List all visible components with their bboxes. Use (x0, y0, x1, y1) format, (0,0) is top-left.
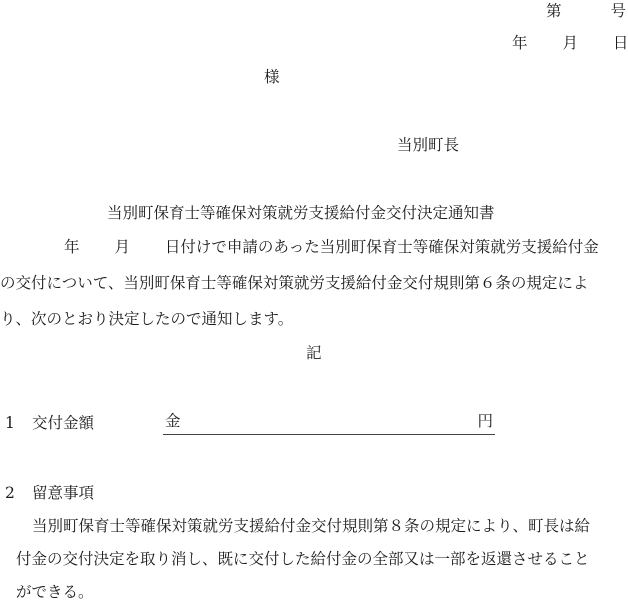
item-2-number: 2 (5, 486, 15, 502)
document-date: 年 月 日 (512, 36, 628, 52)
grant-amount-field[interactable]: 金 円 (163, 412, 495, 435)
ki-marker: 記 (306, 346, 322, 362)
number-suffix: 号 (610, 2, 626, 20)
recipient-honorific: 様 (264, 70, 280, 86)
body-year: 年 (64, 238, 80, 256)
item-2-text-line-2: 付金の交付決定を取り消し、既に交付した給付金の全部又は一部を返還させること (16, 552, 590, 568)
body-line-2: の交付について、当別町保育士等確保対策就労支援給付金交付規則第６条の規定によ (0, 276, 588, 292)
item-2-text-line-1: 当別町保育士等確保対策就労支援給付金交付規則第８条の規定により、町長は給 (32, 519, 590, 535)
document-number: 第 号 (546, 4, 626, 20)
amount-suffix: 円 (477, 414, 493, 430)
amount-prefix: 金 (165, 414, 181, 430)
item-1-number: 1 (5, 416, 15, 432)
document-title: 当別町保育士等確保対策就労支援給付金交付決定通知書 (107, 206, 495, 222)
number-prefix: 第 (546, 2, 562, 20)
body-line-1-text: 日付けで申請のあった当別町保育士等確保対策就労支援給付金 (165, 238, 599, 256)
date-month: 月 (562, 34, 578, 52)
date-year: 年 (512, 34, 528, 52)
sender-name: 当別町長 (397, 138, 459, 154)
item-2-text-line-3: ができる。 (16, 585, 94, 601)
item-1-label: 交付金額 (32, 416, 94, 432)
body-month: 月 (114, 238, 130, 256)
body-line-1: 年 月 日付けで申請のあった当別町保育士等確保対策就労支援給付金 (64, 240, 599, 256)
date-day: 日 (613, 34, 628, 52)
item-2-label: 留意事項 (32, 486, 94, 502)
body-line-3: り、次のとおり決定したので通知します。 (0, 312, 293, 328)
